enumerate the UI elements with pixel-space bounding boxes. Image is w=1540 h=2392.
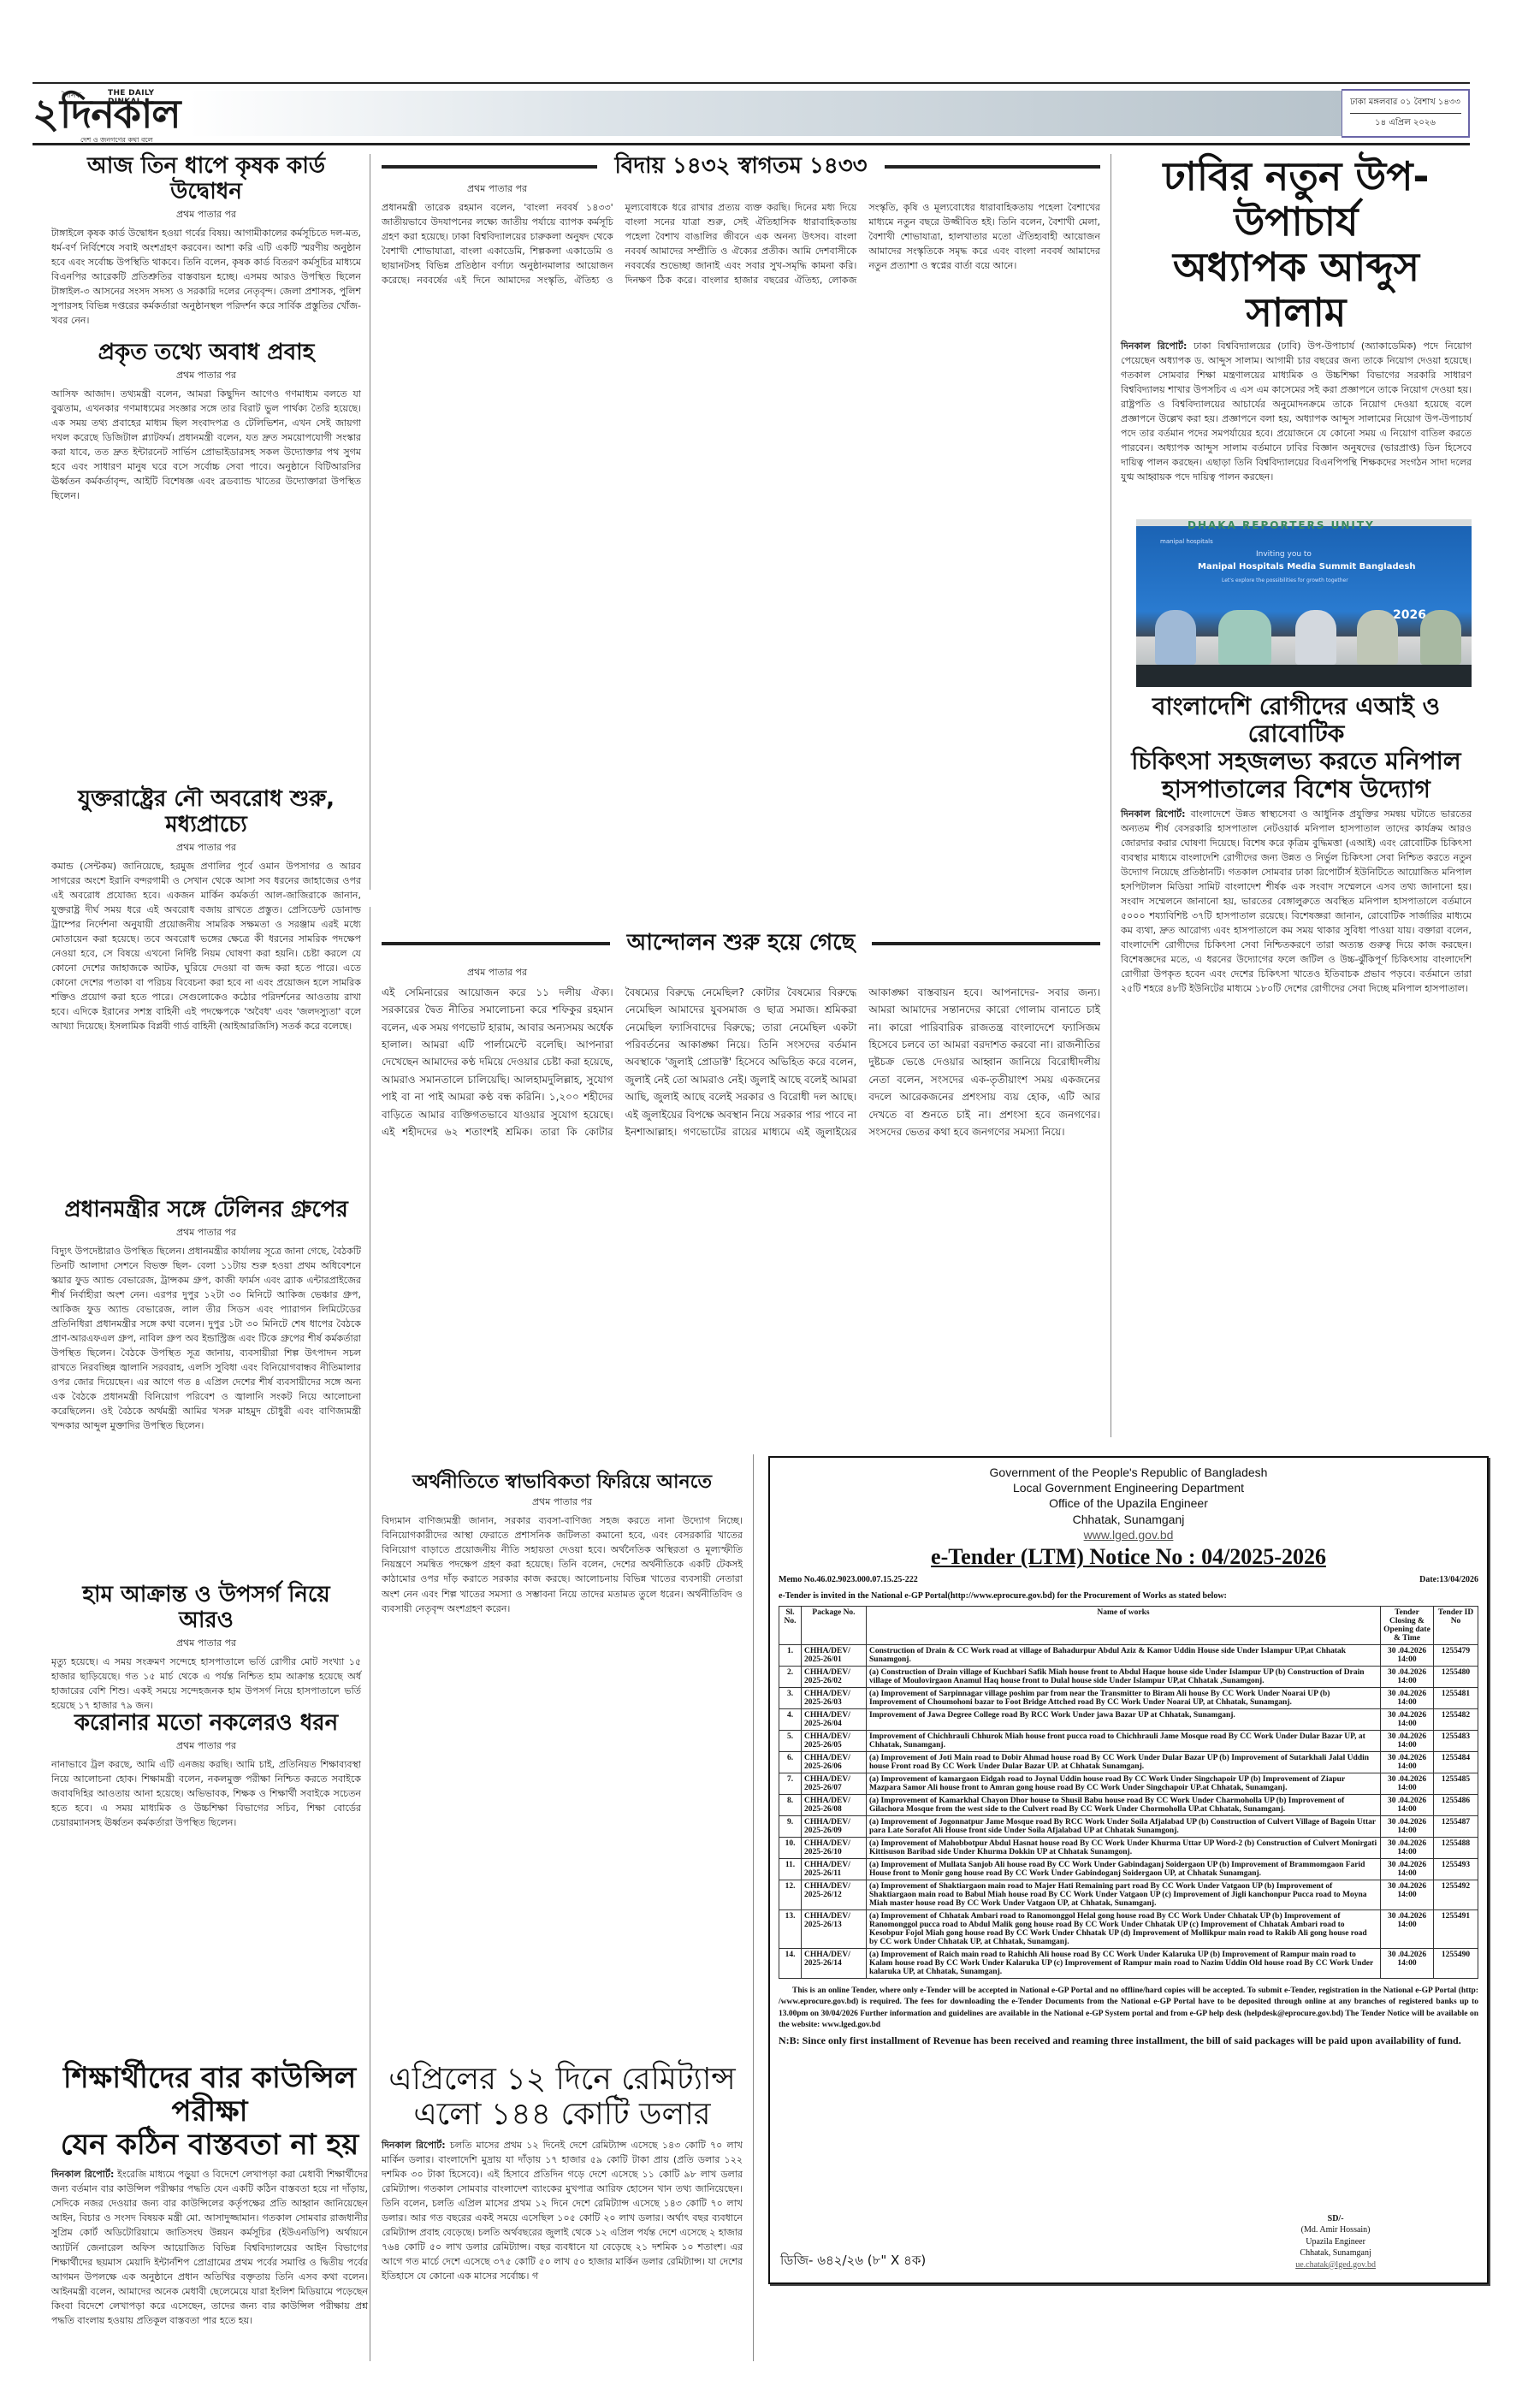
- signatory-email[interactable]: ue.chatak@lged.gov.bd: [1295, 2259, 1376, 2271]
- page-number: ২: [33, 84, 60, 143]
- kicker: প্রথম পাতার পর: [51, 207, 361, 223]
- ad-code: ডিজি- ৬৪২/২৬ (৮" X ৪ক): [780, 2251, 926, 2272]
- article-body: দিনকাল রিপোর্ট: ঢাকা বিশ্ববিদ্যালয়ের (ঢ…: [1121, 339, 1472, 484]
- package-cell: CHHA/DEV/ 2025-26/13: [802, 1909, 867, 1948]
- article-du-pro-vc[interactable]: ঢাবির নতুন উপ-উপাচার্য অধ্যাপক আব্দুস সা…: [1121, 154, 1472, 484]
- column-header: Tender ID No: [1434, 1606, 1478, 1644]
- column-divider: [1111, 154, 1111, 1437]
- headline-line2: অধ্যাপক আব্দুস সালাম: [1121, 245, 1472, 335]
- table-row: 10.CHHA/DEV/ 2025-26/10(a) Improvement o…: [779, 1837, 1478, 1858]
- headline-line3: হাসপাতালের বিশেষ উদ্যোগ: [1121, 776, 1472, 803]
- work-name-cell: (a) Construction of Drain village of Kuc…: [867, 1666, 1381, 1687]
- serial-cell: 3.: [779, 1687, 802, 1708]
- column-divider: [370, 154, 370, 890]
- closing-date-cell: 30 .04.2026 14:00: [1381, 1751, 1434, 1773]
- photo-brand: manipal hospitals: [1160, 538, 1213, 545]
- table-row: 14.CHHA/DEV/ 2025-26/14(a) Improvement o…: [779, 1948, 1478, 1978]
- kicker: প্রথম পাতার পর: [51, 1225, 361, 1241]
- package-cell: CHHA/DEV/ 2025-26/08: [802, 1794, 867, 1815]
- org-line: Government of the People's Republic of B…: [779, 1465, 1478, 1480]
- serial-cell: 12.: [779, 1880, 802, 1909]
- kicker: প্রথম পাতার পর: [382, 181, 613, 198]
- column-header: Name of works: [867, 1606, 1381, 1644]
- signature-block: SD/- (Md. Amir Hossain) Upazila Engineer…: [1295, 2213, 1376, 2271]
- closing-date-cell: 30 .04.2026 14:00: [1381, 1730, 1434, 1751]
- headline-rule: [872, 942, 1100, 945]
- package-cell: CHHA/DEV/ 2025-26/09: [802, 1815, 867, 1837]
- serial-cell: 13.: [779, 1909, 802, 1948]
- headline-line1: শিক্ষার্থীদের বার কাউন্সিল পরীক্ষা: [51, 2062, 368, 2129]
- tender-id-cell: 1255485: [1434, 1773, 1478, 1794]
- newspaper-logo: দৈনিক THE DAILY DINKAL দিনকাল দেশ ও জনগণ…: [60, 84, 188, 143]
- article-body: দিনকাল রিপোর্ট: বাংলাদেশে উন্নত স্বাস্থ্…: [1121, 807, 1472, 997]
- package-cell: CHHA/DEV/ 2025-26/14: [802, 1948, 867, 1978]
- closing-date-cell: 30 .04.2026 14:00: [1381, 1644, 1434, 1666]
- article-text: ঢাকা বিশ্ববিদ্যালয়ের (ঢাবি) উপ-উপাচার্য…: [1121, 340, 1472, 483]
- work-name-cell: (a) Improvement of Sarpinnagar village p…: [867, 1687, 1381, 1708]
- headline-row: আন্দোলন শুরু হয়ে গেছে: [382, 931, 1100, 956]
- serial-cell: 8.: [779, 1794, 802, 1815]
- person-figure: [1357, 610, 1398, 665]
- serial-cell: 7.: [779, 1773, 802, 1794]
- article-body: টাঙ্গাইলে কৃষক কার্ড উদ্বোধন হওয়া গর্বে…: [51, 226, 361, 328]
- table-header-row: Sl. No. Package No. Name of works Tender…: [779, 1606, 1478, 1644]
- work-name-cell: (a) Improvement of Kamarkhal Chayon Dhor…: [867, 1794, 1381, 1815]
- table-row: 4.CHHA/DEV/ 2025-26/04Improvement of Jaw…: [779, 1708, 1478, 1730]
- tender-id-cell: 1255484: [1434, 1751, 1478, 1773]
- work-name-cell: (a) Improvement of Joti Main road to Dob…: [867, 1751, 1381, 1773]
- person-figure: [1218, 610, 1271, 665]
- package-cell: CHHA/DEV/ 2025-26/05: [802, 1730, 867, 1751]
- closing-date-cell: 30 .04.2026 14:00: [1381, 1815, 1434, 1837]
- article-pm-business-meeting[interactable]: প্রধানমন্ত্রীর সঙ্গে টেলিনর গ্রুপের প্রথ…: [51, 1198, 361, 1434]
- tender-id-cell: 1255491: [1434, 1909, 1478, 1948]
- headline: বিদায় ১৪৩২ স্বাগতম ১৪৩৩: [614, 154, 867, 180]
- tender-id-cell: 1255487: [1434, 1815, 1478, 1837]
- article-movement-started[interactable]: আন্দোলন শুরু হয়ে গেছে প্রথম পাতার পর এই…: [382, 931, 1100, 1412]
- headline: আজ তিন ধাপে কৃষক কার্ড উদ্বোধন: [51, 154, 361, 205]
- photo-year: 2026: [1393, 608, 1426, 622]
- column-header: Tender Closing & Opening date & Time: [1381, 1606, 1434, 1644]
- date-gregorian: ১৪ এপ্রিল ২০২৬: [1375, 116, 1436, 131]
- tender-id-cell: 1255486: [1434, 1794, 1478, 1815]
- closing-date-cell: 30 .04.2026 14:00: [1381, 1666, 1434, 1687]
- tender-id-cell: 1255488: [1434, 1837, 1478, 1858]
- org-line: Office of the Upazila Engineer: [779, 1495, 1478, 1511]
- kicker: প্রথম পাতার পর: [51, 1636, 361, 1652]
- serial-cell: 5.: [779, 1730, 802, 1751]
- kicker: প্রথম পাতার পর: [51, 1738, 361, 1755]
- table-row: 1.CHHA/DEV/ 2025-26/01Construction of Dr…: [779, 1644, 1478, 1666]
- org-line: Chhatak, Sunamganj: [779, 1512, 1478, 1527]
- byline: দিনকাল রিপোর্ট:: [1121, 340, 1187, 352]
- kicker: প্রথম পাতার পর: [51, 840, 361, 856]
- masthead: ২ দৈনিক THE DAILY DINKAL দিনকাল দেশ ও জন…: [33, 82, 1470, 145]
- press-conference-photo: DHAKA REPORTERS UNITY manipal hospitals …: [1136, 519, 1472, 687]
- serial-cell: 9.: [779, 1815, 802, 1837]
- tender-footnote: This is an online Tender, where only e-T…: [779, 1986, 1478, 2031]
- memo-date: Date:13/04/2026: [1419, 1575, 1478, 1584]
- tender-id-cell: 1255479: [1434, 1644, 1478, 1666]
- package-cell: CHHA/DEV/ 2025-26/06: [802, 1751, 867, 1773]
- serial-cell: 1.: [779, 1644, 802, 1666]
- work-name-cell: (a) Improvement of Mullata Sanjob Ali ho…: [867, 1858, 1381, 1880]
- closing-date-cell: 30 .04.2026 14:00: [1381, 1773, 1434, 1794]
- column-divider: [370, 907, 370, 2361]
- table-row: 3.CHHA/DEV/ 2025-26/03(a) Improvement of…: [779, 1687, 1478, 1708]
- headline: হাম আক্রান্ত ও উপসর্গ নিয়ে আরও: [51, 1583, 361, 1634]
- package-cell: CHHA/DEV/ 2025-26/03: [802, 1687, 867, 1708]
- closing-date-cell: 30 .04.2026 14:00: [1381, 1794, 1434, 1815]
- signatory-name: (Md. Amir Hossain): [1295, 2224, 1376, 2236]
- article-body: দিনকাল রিপোর্ট: চলতি মাসের প্রথম ১২ দিনে…: [382, 2138, 743, 2283]
- table-row: 6.CHHA/DEV/ 2025-26/06(a) Improvement of…: [779, 1751, 1478, 1773]
- tender-invite-text: e-Tender is invited in the National e-GP…: [779, 1591, 1478, 1601]
- byline: দিনকাল রিপোর্ট:: [382, 2140, 446, 2151]
- work-name-cell: Improvement of Jawa Degree College road …: [867, 1708, 1381, 1730]
- person-figure: [1420, 610, 1461, 665]
- article-body: দিনকাল রিপোর্ট: ইংরেজি মাধ্যমে পড়ুয়া ও…: [51, 2167, 368, 2328]
- serial-cell: 11.: [779, 1858, 802, 1880]
- headline: অর্থনীতিতে স্বাভাবিকতা ফিরিয়ে আনতে: [382, 1471, 743, 1493]
- kicker: প্রথম পাতার পর: [51, 368, 361, 384]
- headline: প্রধানমন্ত্রীর সঙ্গে টেলিনর গ্রুপের: [51, 1198, 361, 1223]
- headline: যুক্তরাষ্ট্রের নৌ অবরোধ শুরু, মধ্যপ্রাচ্…: [51, 787, 361, 838]
- article-economy-normalcy[interactable]: অর্থনীতিতে স্বাভাবিকতা ফিরিয়ে আনতে প্রথ…: [382, 1471, 743, 1616]
- closing-date-cell: 30 .04.2026 14:00: [1381, 1687, 1434, 1708]
- byline: দিনকাল রিপোর্ট:: [51, 2169, 114, 2180]
- headline-rule: [382, 942, 610, 945]
- headline-rule: [382, 165, 597, 169]
- headline-line1: ঢাবির নতুন উপ-উপাচার্য: [1121, 154, 1472, 245]
- masthead-gradient: [188, 91, 1342, 136]
- tender-id-cell: 1255492: [1434, 1880, 1478, 1909]
- closing-date-cell: 30 .04.2026 14:00: [1381, 1909, 1434, 1948]
- tender-id-cell: 1255490: [1434, 1948, 1478, 1978]
- article-remittance[interactable]: এপ্রিলের ১২ দিনে রেমিট্যান্স এলো ১৪৪ কোট…: [382, 2062, 743, 2283]
- logo-main-text: দিনকাল: [60, 94, 181, 133]
- headline-line1: বাংলাদেশি রোগীদের এআই ও রোবোটিক: [1121, 693, 1472, 748]
- article-manipal-hospital[interactable]: বাংলাদেশি রোগীদের এআই ও রোবোটিক চিকিৎসা …: [1121, 693, 1472, 996]
- article-krishok-card[interactable]: আজ তিন ধাপে কৃষক কার্ড উদ্বোধন প্রথম পাত…: [51, 154, 361, 328]
- package-cell: CHHA/DEV/ 2025-26/11: [802, 1858, 867, 1880]
- table-row: 7.CHHA/DEV/ 2025-26/07(a) Improvement of…: [779, 1773, 1478, 1794]
- work-name-cell: (a) Improvement of kamargaon Eidgah road…: [867, 1773, 1381, 1794]
- work-name-cell: (a) Improvement of Shaktiargaon main roa…: [867, 1880, 1381, 1909]
- work-name-cell: (a) Improvement of Chhatak Ambari road t…: [867, 1909, 1381, 1948]
- date-divider: [1350, 113, 1461, 114]
- serial-cell: 14.: [779, 1948, 802, 1978]
- article-measles[interactable]: হাম আক্রান্ত ও উপসর্গ নিয়ে আরও প্রথম পা…: [51, 1583, 361, 1713]
- date-bangla: ঢাকা মঙ্গলবার ০১ বৈশাখ ১৪৩৩: [1350, 96, 1460, 110]
- tender-notice: Government of the People's Republic of B…: [768, 1456, 1489, 2284]
- article-body: কমান্ড (সেন্টকম) জানিয়েছে, হরমুজ প্রণাল…: [51, 859, 361, 1034]
- closing-date-cell: 30 .04.2026 14:00: [1381, 1858, 1434, 1880]
- website-link[interactable]: www.lged.gov.bd: [779, 1527, 1478, 1542]
- table-row: 11.CHHA/DEV/ 2025-26/11(a) Improvement o…: [779, 1858, 1478, 1880]
- table-row: 12.CHHA/DEV/ 2025-26/12(a) Improvement o…: [779, 1880, 1478, 1909]
- serial-cell: 4.: [779, 1708, 802, 1730]
- table-row: 13.CHHA/DEV/ 2025-26/13(a) Improvement o…: [779, 1909, 1478, 1948]
- memo-row: Memo No.46.02.9023.000.07.15.25-222 Date…: [779, 1575, 1478, 1584]
- column-divider: [753, 1454, 754, 2361]
- tender-id-cell: 1255483: [1434, 1730, 1478, 1751]
- photo-banner-text: DHAKA REPORTERS UNITY: [1188, 519, 1375, 531]
- closing-date-cell: 30 .04.2026 14:00: [1381, 1948, 1434, 1978]
- signature-sd: SD/-: [1295, 2213, 1376, 2225]
- article-free-flow-information[interactable]: প্রকৃত তথ্যে অবাধ প্রবাহ প্রথম পাতার পর …: [51, 340, 361, 503]
- table-edge: [1136, 665, 1472, 687]
- kicker: প্রথম পাতার পর: [382, 1495, 743, 1511]
- logo-tagline: দেশ ও জনগণের কথা বলে: [80, 135, 153, 146]
- headline-line1: এপ্রিলের ১২ দিনে রেমিট্যান্স: [382, 2062, 743, 2097]
- headline-rule: [885, 165, 1100, 169]
- tender-org-block: Government of the People's Republic of B…: [779, 1465, 1478, 1542]
- article-new-year-1433[interactable]: বিদায় ১৪৩২ স্বাগতম ১৪৩৩ প্রথম পাতার পর …: [382, 154, 1100, 902]
- article-body: এই সেমিনারের আয়োজন করে ১১ দলীয় ঐক্য। স…: [382, 984, 1100, 1412]
- article-cheating-variants[interactable]: করোনার মতো নকলেরও ধরন প্রথম পাতার পর নান…: [51, 1711, 361, 1830]
- photo-summit-title: Manipal Hospitals Media Summit Banglades…: [1198, 562, 1415, 571]
- package-cell: CHHA/DEV/ 2025-26/01: [802, 1644, 867, 1666]
- signatory-location: Chhatak, Sunamganj: [1295, 2247, 1376, 2259]
- headline: প্রকৃত তথ্যে অবাধ প্রবাহ: [51, 340, 361, 366]
- headline: আন্দোলন শুরু হয়ে গেছে: [627, 931, 856, 956]
- serial-cell: 10.: [779, 1837, 802, 1858]
- article-body: আসিফ আজাদ। তথ্যমন্ত্রী বলেন, আমরা কিছুদি…: [51, 387, 361, 503]
- tender-id-cell: 1255481: [1434, 1687, 1478, 1708]
- table-row: 9.CHHA/DEV/ 2025-26/09(a) Improvement of…: [779, 1815, 1478, 1837]
- org-line: Local Government Engineering Department: [779, 1480, 1478, 1495]
- package-cell: CHHA/DEV/ 2025-26/07: [802, 1773, 867, 1794]
- person-figure: [1295, 610, 1336, 665]
- article-text: চলতি মাসের প্রথম ১২ দিনেই দেশে রেমিট্যান…: [382, 2140, 743, 2282]
- headline-line2: চিকিৎসা সহজলভ্য করতে মনিপাল: [1121, 748, 1472, 775]
- serial-cell: 2.: [779, 1666, 802, 1687]
- article-body: প্রধানমন্ত্রী তারেক রহমান বলেন, 'বাংলা ন…: [382, 200, 1100, 902]
- package-cell: CHHA/DEV/ 2025-26/02: [802, 1666, 867, 1687]
- kicker: প্রথম পাতার পর: [382, 965, 613, 981]
- article-body: বিদ্যমান বাণিজ্যমন্ত্রী জানান, সরকার ব্য…: [382, 1513, 743, 1615]
- memo-number: Memo No.46.02.9023.000.07.15.25-222: [779, 1575, 918, 1584]
- work-name-cell: (a) Improvement of Jogonnatpur Jame Mosq…: [867, 1815, 1381, 1837]
- headline: করোনার মতো নকলেরও ধরন: [51, 1711, 361, 1737]
- package-cell: CHHA/DEV/ 2025-26/10: [802, 1837, 867, 1858]
- tender-id-cell: 1255480: [1434, 1666, 1478, 1687]
- work-name-cell: Construction of Drain & CC Work road at …: [867, 1644, 1381, 1666]
- tender-id-cell: 1255482: [1434, 1708, 1478, 1730]
- date-box: ঢাকা মঙ্গলবার ০১ বৈশাখ ১৪৩৩ ১৪ এপ্রিল ২০…: [1342, 89, 1470, 138]
- work-name-cell: (a) Improvement of Raich main road to Ra…: [867, 1948, 1381, 1978]
- closing-date-cell: 30 .04.2026 14:00: [1381, 1837, 1434, 1858]
- photo-subtitle: Let's explore the possibilities for grow…: [1222, 577, 1348, 583]
- closing-date-cell: 30 .04.2026 14:00: [1381, 1708, 1434, 1730]
- tender-nb: N:B: Since only first installment of Rev…: [779, 2034, 1478, 2047]
- article-body: মৃত্যু হয়েছে। এ সময় সংক্রমণ সন্দেহে হা…: [51, 1655, 361, 1713]
- tender-id-cell: 1255493: [1434, 1858, 1478, 1880]
- tender-table: Sl. No. Package No. Name of works Tender…: [779, 1606, 1478, 1979]
- signatory-designation: Upazila Engineer: [1295, 2236, 1376, 2248]
- tender-title: e-Tender (LTM) Notice No : 04/2025-2026: [779, 1544, 1478, 1570]
- column-header: Package No.: [802, 1606, 867, 1644]
- article-body: বিদ্যুৎ উপদেষ্টারাও উপস্থিত ছিলেন। প্রধা…: [51, 1244, 361, 1434]
- serial-cell: 6.: [779, 1751, 802, 1773]
- article-body: নানাভাবে ট্রল করছে, আমি এটি এনজয় করছি। …: [51, 1757, 361, 1830]
- closing-date-cell: 30 .04.2026 14:00: [1381, 1880, 1434, 1909]
- table-row: 2.CHHA/DEV/ 2025-26/02(a) Construction o…: [779, 1666, 1478, 1687]
- person-figure: [1155, 610, 1196, 665]
- package-cell: CHHA/DEV/ 2025-26/12: [802, 1880, 867, 1909]
- table-row: 8.CHHA/DEV/ 2025-26/08(a) Improvement of…: [779, 1794, 1478, 1815]
- column-header: Sl. No.: [779, 1606, 802, 1644]
- headline-line2: যেন কঠিন বাস্তবতা না হয়: [51, 2129, 368, 2162]
- article-bar-council-exam[interactable]: শিক্ষার্থীদের বার কাউন্সিল পরীক্ষা যেন ক…: [51, 2062, 368, 2328]
- tender-table-body: 1.CHHA/DEV/ 2025-26/01Construction of Dr…: [779, 1644, 1478, 1978]
- package-cell: CHHA/DEV/ 2025-26/04: [802, 1708, 867, 1730]
- byline: দিনকাল রিপোর্ট:: [1121, 808, 1186, 820]
- article-text: বাংলাদেশে উন্নত স্বাস্থ্যসেবা ও আধুনিক প…: [1121, 808, 1472, 995]
- headline-line2: এলো ১৪৪ কোটি ডলার: [382, 2097, 743, 2132]
- article-us-naval-blockade[interactable]: যুক্তরাষ্ট্রের নৌ অবরোধ শুরু, মধ্যপ্রাচ্…: [51, 787, 361, 1033]
- work-name-cell: Improvement of Chichhrauli Chhurok Miah …: [867, 1730, 1381, 1751]
- article-text: ইংরেজি মাধ্যমে পড়ুয়া ও বিদেশে লেখাপড়া…: [51, 2169, 368, 2325]
- work-name-cell: (a) Improvement of Mahobbotpur Abdul Has…: [867, 1837, 1381, 1858]
- photo-inviting: Inviting you to: [1256, 550, 1312, 559]
- table-row: 5.CHHA/DEV/ 2025-26/05Improvement of Chi…: [779, 1730, 1478, 1751]
- headline-row: বিদায় ১৪৩২ স্বাগতম ১৪৩৩: [382, 154, 1100, 180]
